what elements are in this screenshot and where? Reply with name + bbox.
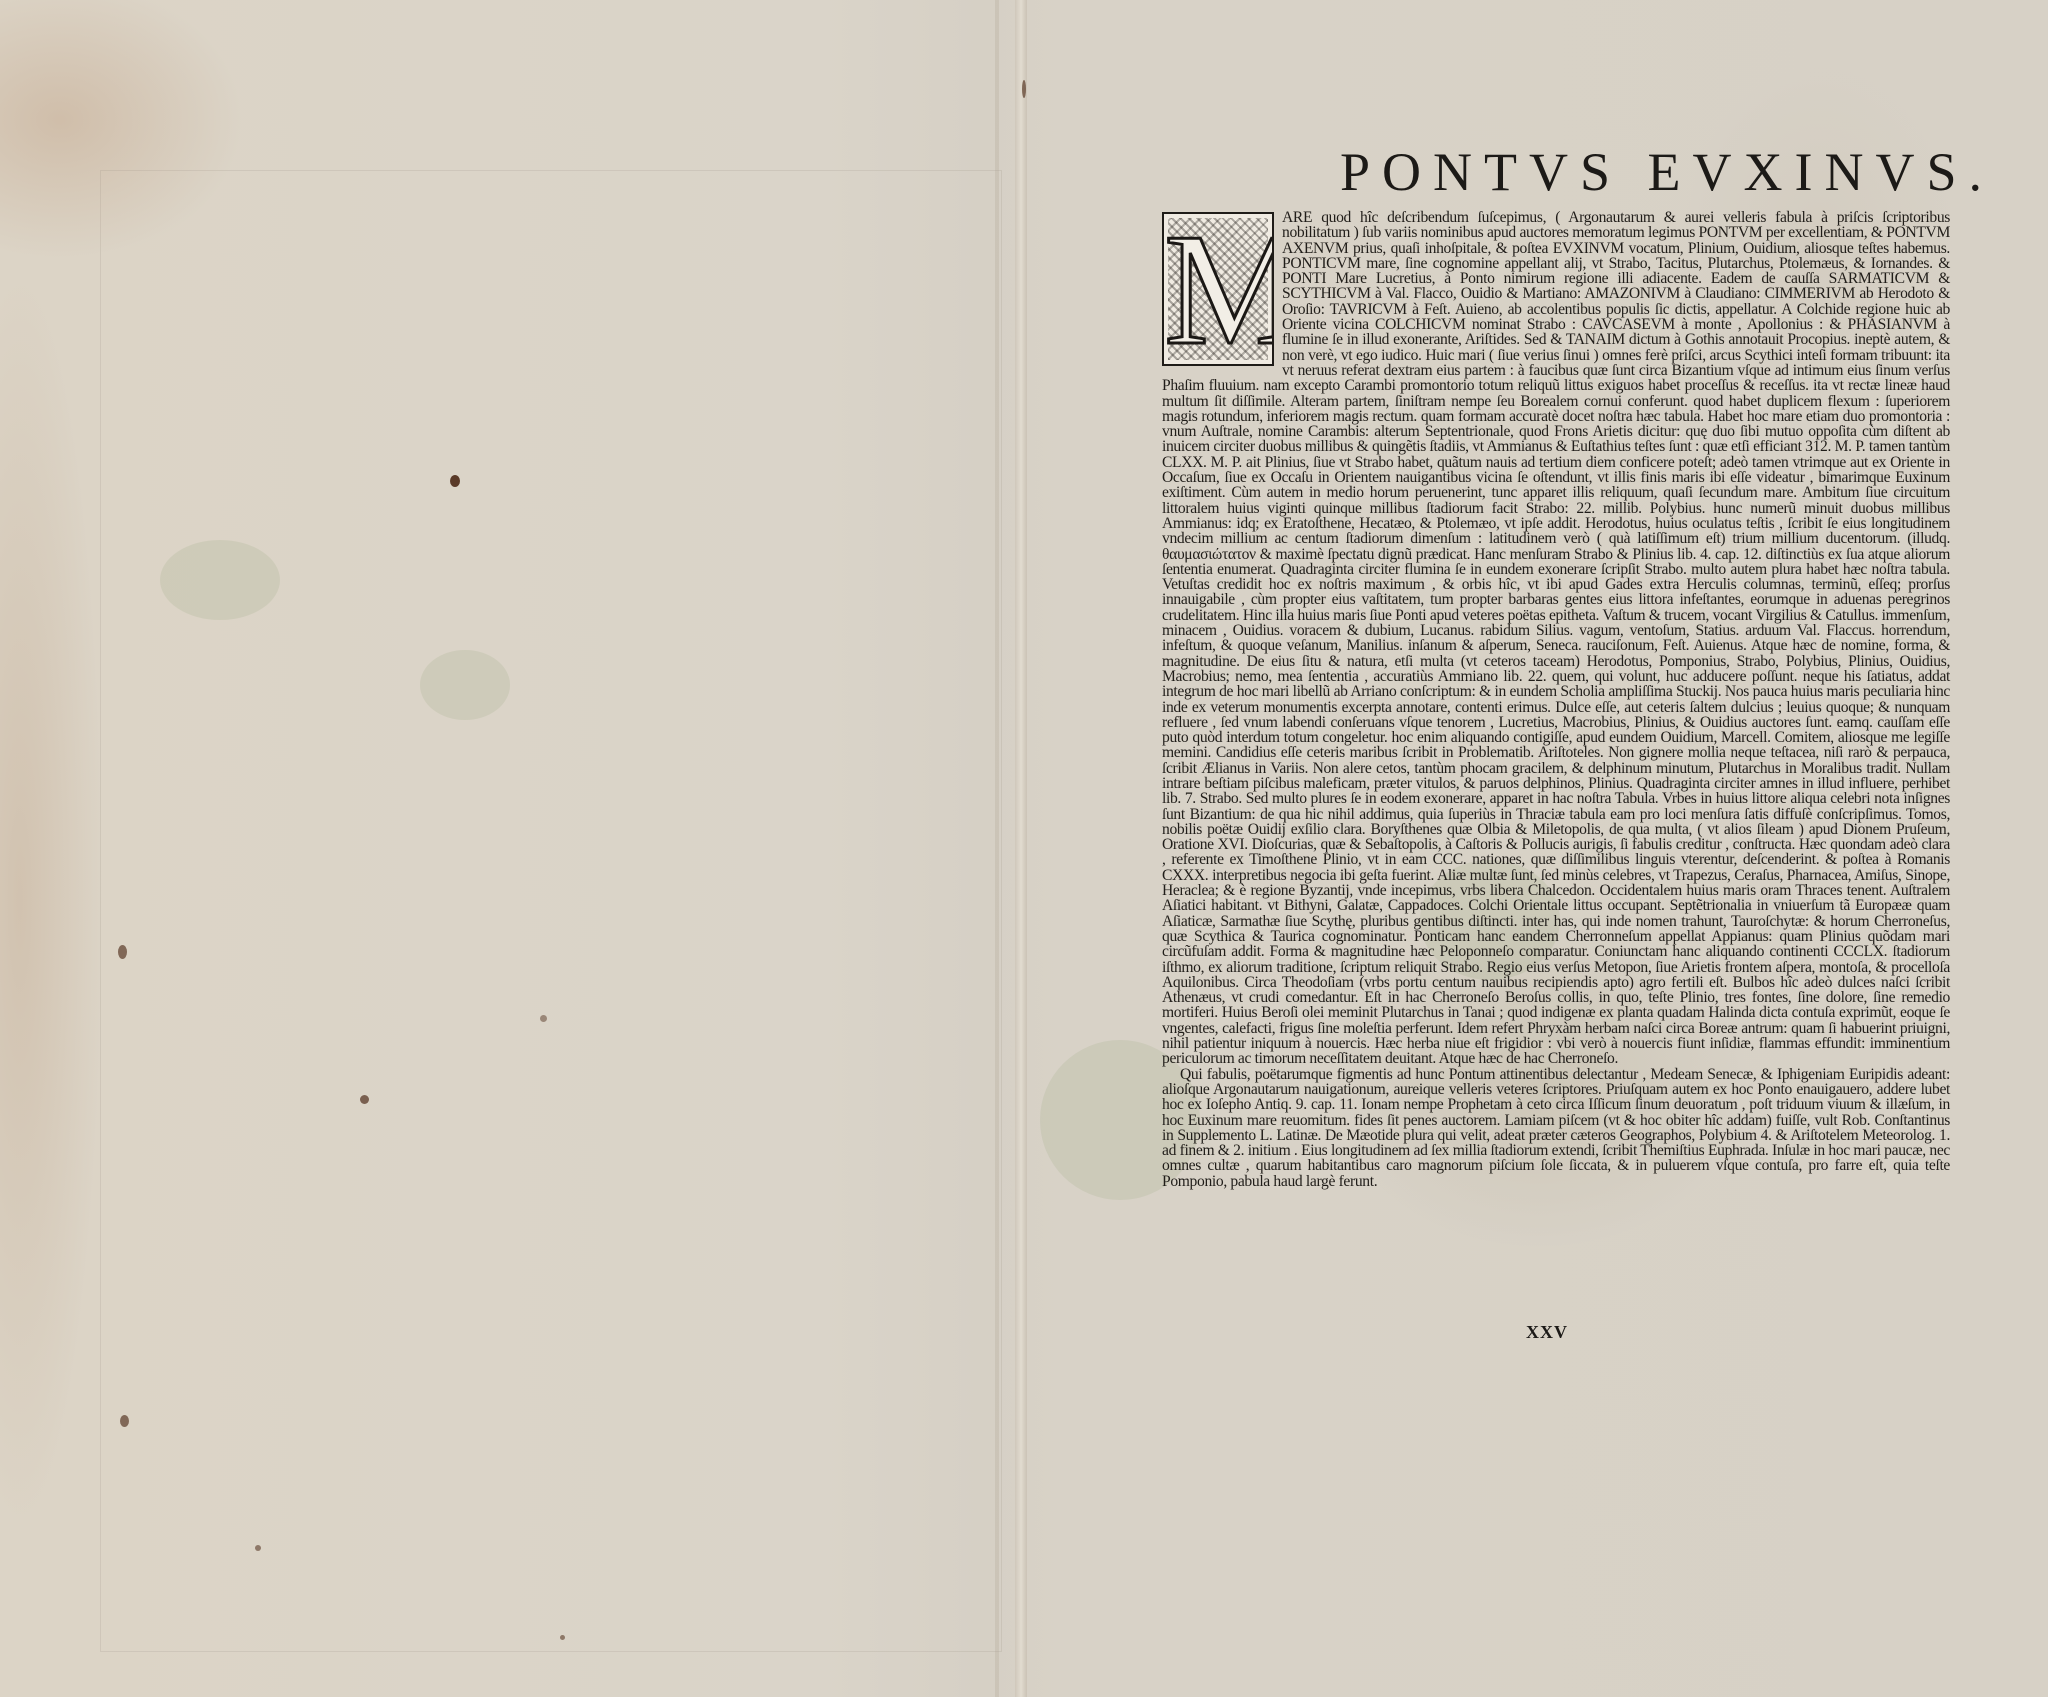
foxing-spot [560,1635,565,1640]
foxing-spot [120,1415,129,1427]
blank-verso-plate-mark [100,170,1002,1652]
plate-edge-line [995,0,999,1697]
foxing-spot [450,475,460,487]
foxing-spot [255,1545,261,1551]
foxing-spot [540,1015,547,1022]
water-stain [420,650,510,720]
decorated-initial: M [1162,212,1274,366]
paragraph: Qui fabulis, poëtarumque figmentis ad hu… [1162,1067,1950,1189]
foxing-spot [118,945,127,959]
center-fold [1015,0,1027,1697]
foxing-spot [1022,80,1026,98]
body-text: M ARE quod hîc deſcribendum ſuſcepimus, … [1162,210,1950,1189]
page-number: XXV [1526,1322,1568,1343]
page-title: PONTVS EVXINVS. [1340,141,1940,203]
paragraph: ARE quod hîc deſcribendum ſuſcepimus, ( … [1162,210,1950,1067]
foxing-spot [360,1095,369,1104]
water-stain [160,540,280,620]
initial-letter: M [1164,212,1272,366]
